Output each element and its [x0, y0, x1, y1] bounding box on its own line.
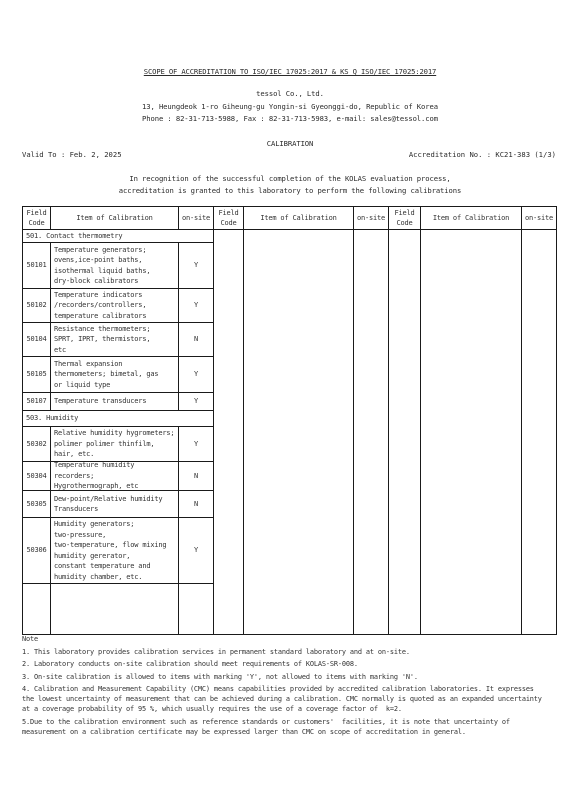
header-field-code: Field Code — [389, 207, 420, 229]
item-cell-text: Temperature indicators /recorders/contro… — [54, 290, 146, 322]
column-border — [521, 206, 522, 635]
item-cell: Temperature indicators /recorders/contro… — [51, 289, 178, 322]
item-cell: Temperature transducers — [51, 393, 178, 410]
item-cell: Resistance thermometers; SPRT, IPRT, the… — [51, 323, 178, 356]
note-1: 1. This laboratory provides calibration … — [22, 647, 562, 657]
item-cell: Dew-point/Relative humidity Transducers — [51, 491, 178, 517]
header-field-code: Field Code — [214, 207, 243, 229]
column-border — [243, 206, 244, 635]
field-code-cell: 50304 — [23, 462, 50, 490]
field-code-cell: 50101 — [23, 243, 50, 288]
header-on-site-text: on-site — [182, 213, 210, 223]
field-code-cell: 50305 — [23, 491, 50, 517]
column-border — [353, 206, 354, 635]
header-on-site-text: on-site — [525, 213, 553, 223]
item-cell-text: Temperature generators; ovens,ice-point … — [54, 245, 150, 287]
item-cell-text: Temperature transducers — [54, 396, 146, 407]
on-site-cell: N — [179, 462, 213, 490]
item-cell: Relative humidity hygrometers; polimer p… — [51, 427, 178, 461]
header-field-code-text: Field Code — [26, 208, 46, 228]
notes-section: Note 1. This laboratory provides calibra… — [22, 634, 562, 737]
on-site-cell-text: N — [194, 499, 198, 510]
on-site-cell-text: Y — [194, 439, 198, 450]
header-field-code: Field Code — [23, 207, 50, 229]
column-border — [420, 206, 421, 635]
note-4: 4. Calibration and Measurement Capabilit… — [22, 684, 562, 714]
item-cell-text: Resistance thermometers; SPRT, IPRT, the… — [54, 324, 150, 356]
on-site-cell: N — [179, 323, 213, 356]
field-code-cell-text: 50105 — [26, 369, 46, 380]
on-site-cell-text: Y — [194, 369, 198, 380]
on-site-cell-text: Y — [194, 260, 198, 271]
on-site-cell-text: Y — [194, 300, 198, 311]
on-site-cell: Y — [179, 518, 213, 583]
field-code-cell-text: 50102 — [26, 300, 46, 311]
field-code-cell-text: 50302 — [26, 439, 46, 450]
column-border — [556, 206, 557, 635]
on-site-cell: Y — [179, 357, 213, 392]
item-cell-text: Thermal expansion thermometers; bimetal,… — [54, 359, 158, 391]
header-on-site: on-site — [179, 207, 213, 229]
header-item-of-calibration-text: Item of Calibration — [433, 213, 509, 223]
on-site-cell-text: N — [194, 334, 198, 345]
header-item-of-calibration-text: Item of Calibration — [260, 213, 336, 223]
field-code-cell: 50102 — [23, 289, 50, 322]
header-item-of-calibration-text: Item of Calibration — [76, 213, 152, 223]
item-cell: Humidity generators; two-pressure, two-t… — [51, 518, 178, 583]
on-site-cell: Y — [179, 427, 213, 461]
column-border — [388, 206, 389, 635]
column-border — [50, 583, 51, 635]
item-cell: Thermal expansion thermometers; bimetal,… — [51, 357, 178, 392]
field-code-cell: 50107 — [23, 393, 50, 410]
item-cell-text: Dew-point/Relative humidity Transducers — [54, 494, 162, 515]
field-code-cell-text: 50104 — [26, 334, 46, 345]
field-code-cell-text: 50306 — [26, 545, 46, 556]
section-row-text: 501. Contact thermometry — [26, 231, 122, 242]
on-site-cell: Y — [179, 243, 213, 288]
header-on-site-text: on-site — [357, 213, 385, 223]
on-site-cell-text: Y — [194, 396, 198, 407]
column-border — [178, 583, 179, 635]
notes-heading: Note — [22, 634, 562, 644]
field-code-cell-text: 50304 — [26, 471, 46, 482]
field-code-cell: 50302 — [23, 427, 50, 461]
section-row: 501. Contact thermometry — [23, 230, 213, 242]
field-code-cell-text: 50305 — [26, 499, 46, 510]
on-site-cell: Y — [179, 393, 213, 410]
header-item-of-calibration: Item of Calibration — [51, 207, 178, 229]
header-on-site: on-site — [354, 207, 388, 229]
header-field-code-text: Field Code — [218, 208, 238, 228]
item-cell: Temperature humidity recorders; Hygrothe… — [51, 462, 178, 490]
note-2: 2. Laboratory conducts on-site calibrati… — [22, 659, 562, 669]
item-cell-text: Humidity generators; two-pressure, two-t… — [54, 519, 166, 582]
section-row-text: 503. Humidity — [26, 413, 78, 424]
note-3: 3. On-site calibration is allowed to ite… — [22, 672, 562, 682]
column-border — [50, 206, 51, 230]
header-item-of-calibration: Item of Calibration — [244, 207, 353, 229]
column-border — [178, 206, 179, 230]
item-cell: Temperature generators; ovens,ice-point … — [51, 243, 178, 288]
field-code-cell-text: 50107 — [26, 396, 46, 407]
field-code-cell: 50306 — [23, 518, 50, 583]
header-item-of-calibration: Item of Calibration — [421, 207, 521, 229]
section-row: 503. Humidity — [23, 411, 213, 426]
on-site-cell-text: Y — [194, 545, 198, 556]
on-site-cell: N — [179, 491, 213, 517]
on-site-cell-text: N — [194, 471, 198, 482]
header-field-code-text: Field Code — [394, 208, 414, 228]
note-5: 5.Due to the calibration environment suc… — [22, 717, 562, 737]
field-code-cell: 50105 — [23, 357, 50, 392]
item-cell-text: Relative humidity hygrometers; polimer p… — [54, 428, 174, 460]
header-on-site: on-site — [522, 207, 556, 229]
field-code-cell: 50104 — [23, 323, 50, 356]
on-site-cell: Y — [179, 289, 213, 322]
column-border — [213, 206, 214, 635]
item-cell-text: Temperature humidity recorders; Hygrothe… — [54, 460, 138, 492]
field-code-cell-text: 50101 — [26, 260, 46, 271]
